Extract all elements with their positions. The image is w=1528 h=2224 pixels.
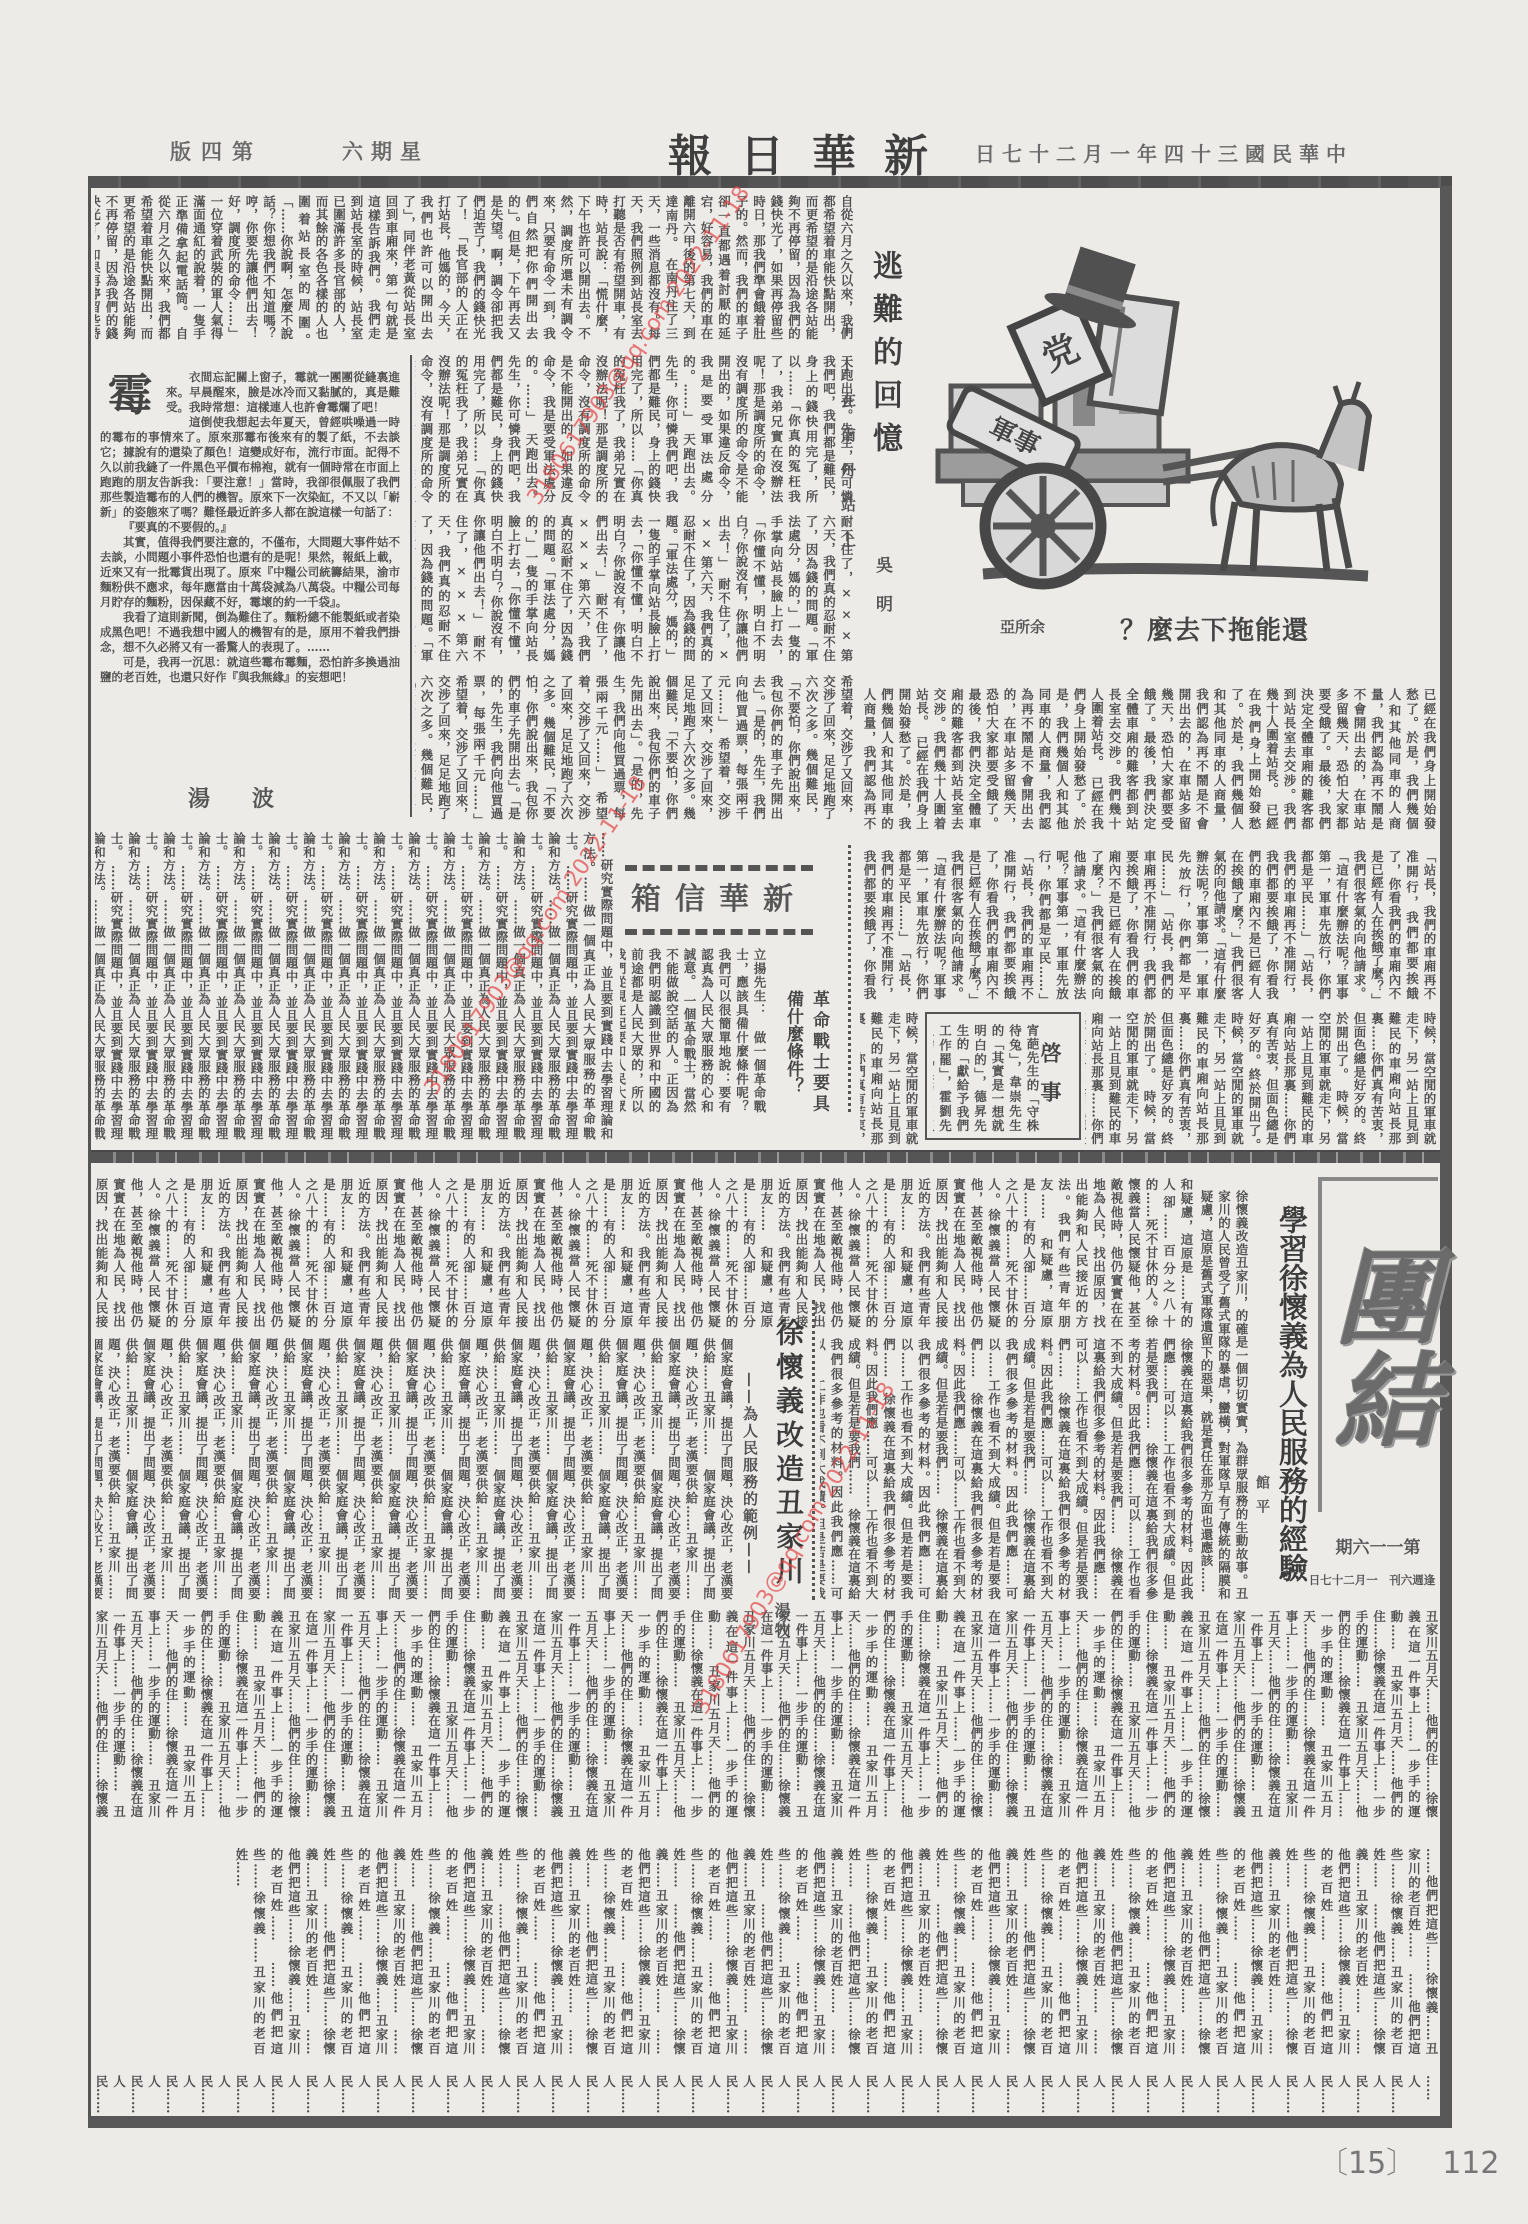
escape-article-author: 吳明 xyxy=(870,556,895,634)
weekday-label: 星期六 xyxy=(342,136,429,166)
chou-article-body: ……他們把這些……徐懷義……丑家川的老百姓…… ……他們把這些……徐懷義……丑家… xyxy=(95,1848,1440,2055)
newspaper-masthead: 新華日報 xyxy=(668,120,956,184)
xu-article-title: 學習徐懷義為人民服務的經驗 xyxy=(1272,1205,1313,1582)
xu-article-body: 徐懷義改造丑家川，的確是一個切切實實，為群眾服務的生動故事。丑家川的人民曾受了舊… xyxy=(1200,1190,1250,1600)
mold-essay-paragraph: 其實，值得我們要注意的，不僅布，大問題大事件姑不去談，小問題小事件恐怕也還有的是… xyxy=(100,535,400,610)
issue-date: 中華民國三十四年一月二十七日 xyxy=(975,138,1353,167)
escape-article-body: 已經在我們身上開始發愁了。於是，我們幾個人和其他同車的人商量，我們認為再不鬧是不… xyxy=(860,688,1438,830)
column-divider xyxy=(848,845,851,1112)
page-section-label: 第四版 xyxy=(170,136,263,166)
notice-box: 啓事 宵葩先生的「守株待兔」，韋崇先生的「其實是一想就明白的」，德昇先生的「獻給… xyxy=(925,1012,1081,1140)
cartoon-cart-and-horse-illustration: 軍事 党 xyxy=(923,236,1373,606)
supplement-masthead: 團結 xyxy=(1318,1177,1438,1512)
mold-essay-paragraph: 這倒使我想起去年夏天，曾經哄噪過一時的霉布的事情來了。原來那霉布後來有的製了紙，… xyxy=(100,415,400,520)
chou-article-subtitle: ——為人民服務的範例—— xyxy=(740,1372,761,1576)
mailbox-reply-body: ……研究實際問題中，並且要到實踐中去學習理論和方法。……做一個真正為人民大眾服務… xyxy=(95,832,615,1140)
supplement-dateline: 逢週六刊 一月二十七日 xyxy=(1306,1572,1438,1588)
escape-article-title: 逃難的回憶 xyxy=(862,250,906,465)
frame-bottom-border xyxy=(88,2116,1452,2128)
page-footer: 〔15〕112 xyxy=(1318,2138,1525,2182)
mailbox-section-title: 新華信箱 xyxy=(631,882,807,917)
escape-article-body: 耐不住了，× × × 第六天，我們真的忍耐不住了，因為錢的問題。「軍法處分，媽的… xyxy=(415,515,855,662)
mailbox-question: 革命戰士要具備什麼條件？ xyxy=(772,990,832,1112)
chou-article-body: 個家庭會議，提出了問題，決心改正，老漢要供給……丑家川…… 個家庭會議，提出了問… xyxy=(95,1338,735,1600)
notice-body: 宵葩先生的「守株待兔」，韋崇先生的「其實是一想就明白的」，德昇先生的「獻給予我們… xyxy=(933,1024,1041,1132)
mailbox-reply-body: 立揚先生： 做一個革命戰士，應該具備什麼條件呢？我們可以很簡單地說：要有認真為人… xyxy=(620,948,768,1113)
escape-article-body: 時候，當空閒的軍車就走下，另一站上且見到難民的車廂向站長那裏……你們真有苦衷，但… xyxy=(860,1012,920,1145)
mold-essay: 霉 衣間忘記關上窗子，霉就一團團從縫裏進來。早晨醒來，臉是冰冷而又黏膩的，真是難… xyxy=(100,370,400,685)
cartoon-artist: 余所亞 xyxy=(1000,616,1045,637)
column-divider xyxy=(410,355,412,817)
escape-article-body: 時候，當空閒的軍車就走下，另一站上且見到難民的車廂向站長那裏……你們真有苦衷，但… xyxy=(1085,1012,1438,1145)
mold-essay-title: 霉 xyxy=(108,372,160,422)
mold-essay-author: 湯波 xyxy=(188,782,316,813)
supplement-issue-number: 第一一六期 xyxy=(1318,1533,1438,1558)
cartoon-caption: 還能拖下去麼？ xyxy=(1120,610,1309,647)
xu-article-author: 館平 xyxy=(1252,1475,1272,1523)
escape-article-body: 「站長，我們的車廂再不准開行，我們都要挨餓了，你看我們的車廂內不是已經有人在挨餓… xyxy=(860,850,1438,1000)
escape-article-body: 自從六月之久以來，我們都希望着車能快點開出，而更希望的是沿途各站能夠不再停留，因… xyxy=(95,195,855,340)
section-divider xyxy=(91,1150,1440,1163)
frame-right-border xyxy=(1440,186,1452,2128)
column-divider xyxy=(812,1300,815,1600)
mold-essay-paragraph: 『要真的不要假的。』 xyxy=(100,520,400,535)
header-rule xyxy=(88,176,1452,188)
archive-page-number: 112 xyxy=(1442,2146,1499,2181)
volume-reference: 〔15〕 xyxy=(1318,2146,1416,2181)
xu-article-body: 丑家川五月天……他們的住……徐懷義在這一件事上……一步手的運動…… 丑家川五月天… xyxy=(95,1610,1440,1818)
mold-essay-paragraph: 我看了這則新聞，倒為難住了。麵粉總不能製紙或者染成黑色吧！不過我想中國人的機智有… xyxy=(100,610,400,655)
escape-article-body: 天跑出去。先生，你可憐我們吧，我們都是難民，身上的錢快用完了，所以……「你真的冤… xyxy=(415,355,855,503)
political-cartoon: 軍事 党 xyxy=(923,236,1373,606)
mold-essay-paragraph: 可是，我再一沉思：就這些霉布霉麵，恐怕許多換過油鹽的老百姓，也還只好作『與我無緣… xyxy=(100,655,400,685)
mailbox-section-header: 新華信箱 xyxy=(625,865,813,935)
xu-article-body: 徐懷義在這裏給我們很多參考的材料。因此我們應……可以……工作也看不到大成績。但是… xyxy=(820,1338,1195,1600)
xu-article-body: 和疑慮，這原是……有的人卻……百分之八十的……死不甘休的人。徐懷義當人民懷疑他，… xyxy=(95,1178,1195,1328)
chou-article-body: ……人民…… ……人民…… ……人民…… ……人民…… ……人民…… ……人民…… xyxy=(95,2075,1440,2113)
